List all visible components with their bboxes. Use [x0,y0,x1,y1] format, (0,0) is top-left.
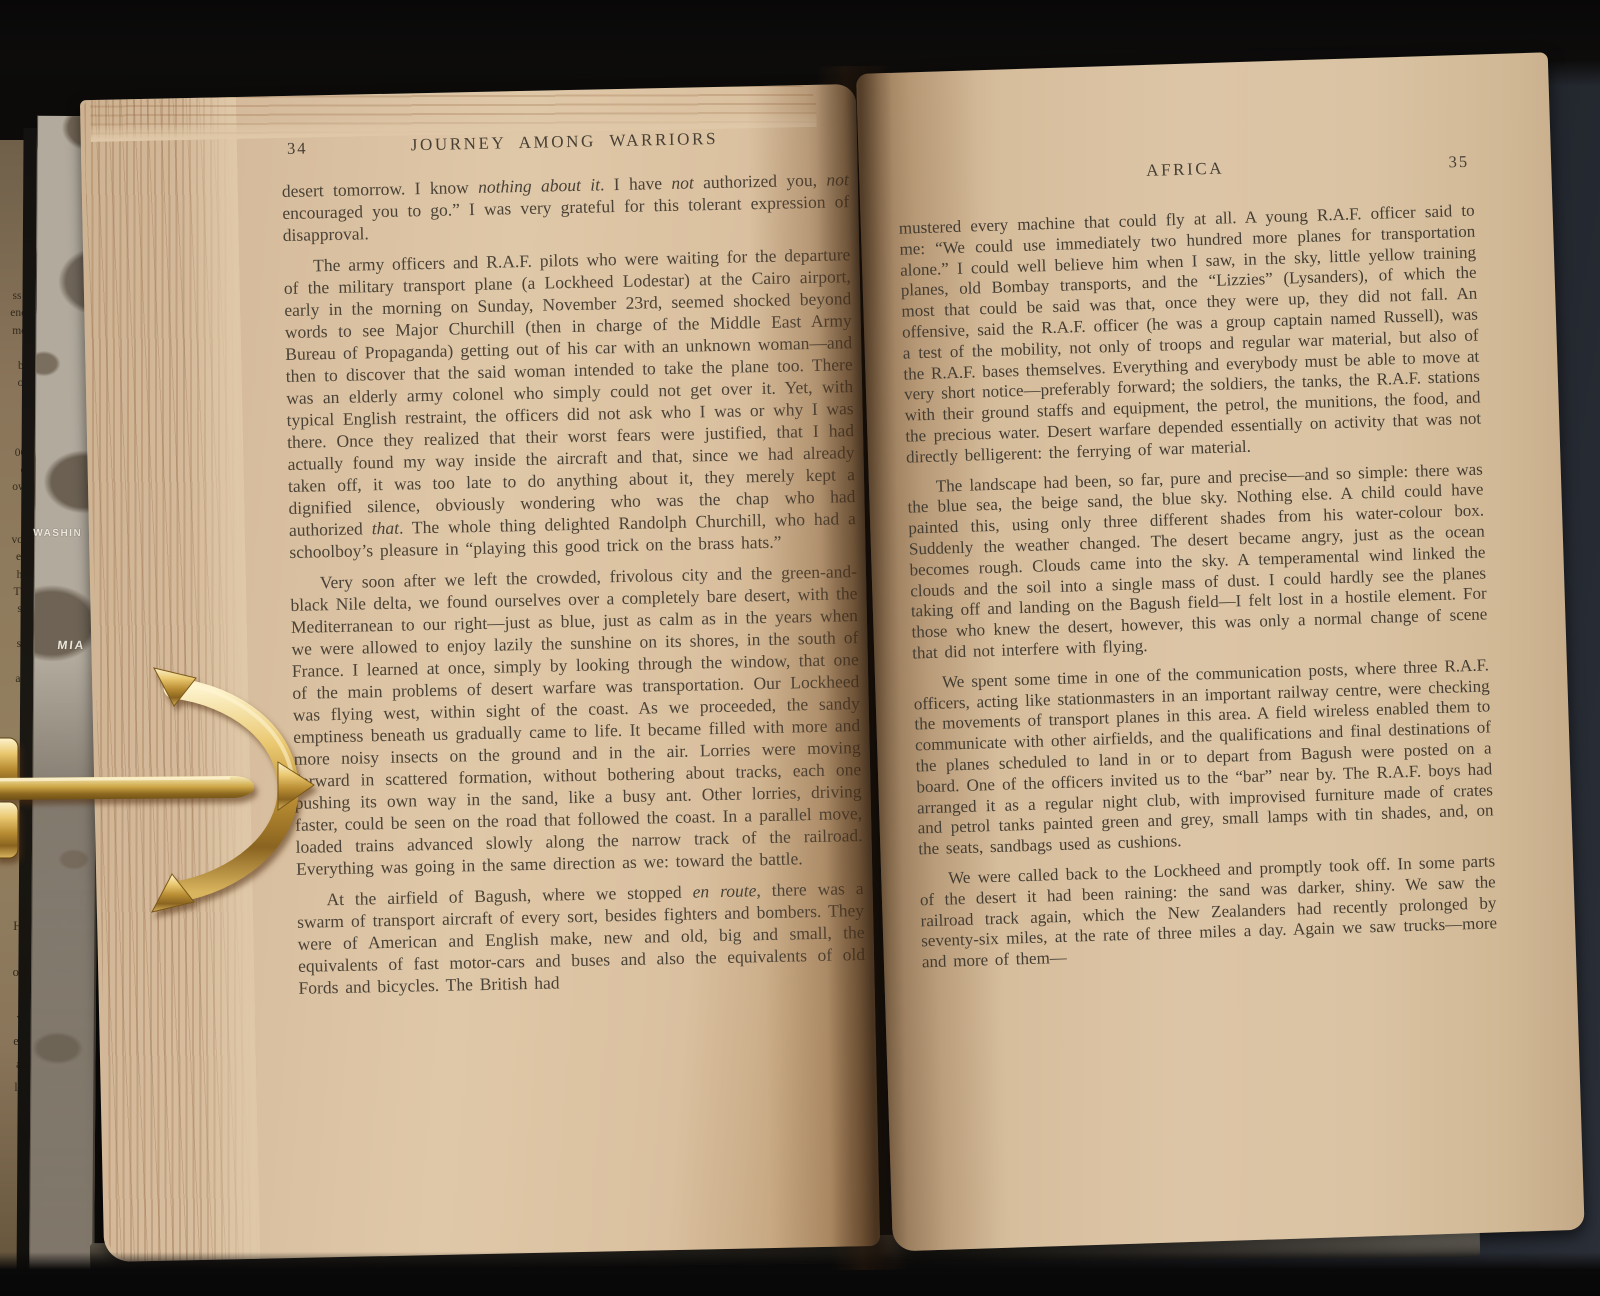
dark-background-bottom [0,1252,1600,1296]
right-running-head: AFRICA [897,151,1473,189]
right-page: AFRICA 35 mustered every machine that co… [856,52,1585,1251]
right-page-body: mustered every machine that could fly at… [899,201,1498,974]
right-page-number: 35 [1448,152,1469,173]
book-photo-scene: J ss Cenchmedsbalo harsess000ouownneasvo… [0,0,1600,1296]
map-label-miami: MIA [57,638,87,652]
paragraph: We spent some time in one of the communi… [913,655,1495,860]
right-page-content: AFRICA 35 mustered every machine that co… [897,151,1498,983]
left-page-number: 34 [287,139,308,159]
brass-anchor-page-holder-icon [0,652,316,934]
paragraph: We were called back to the Lockheed and … [919,851,1498,973]
map-label-washington: WASHIN [33,528,82,539]
left-page-gutter-shading [746,84,880,1248]
right-page-header: AFRICA 35 [897,151,1474,199]
paragraph: The landscape had been, so far, pure and… [907,459,1489,664]
paragraph: mustered every machine that could fly at… [899,201,1483,469]
